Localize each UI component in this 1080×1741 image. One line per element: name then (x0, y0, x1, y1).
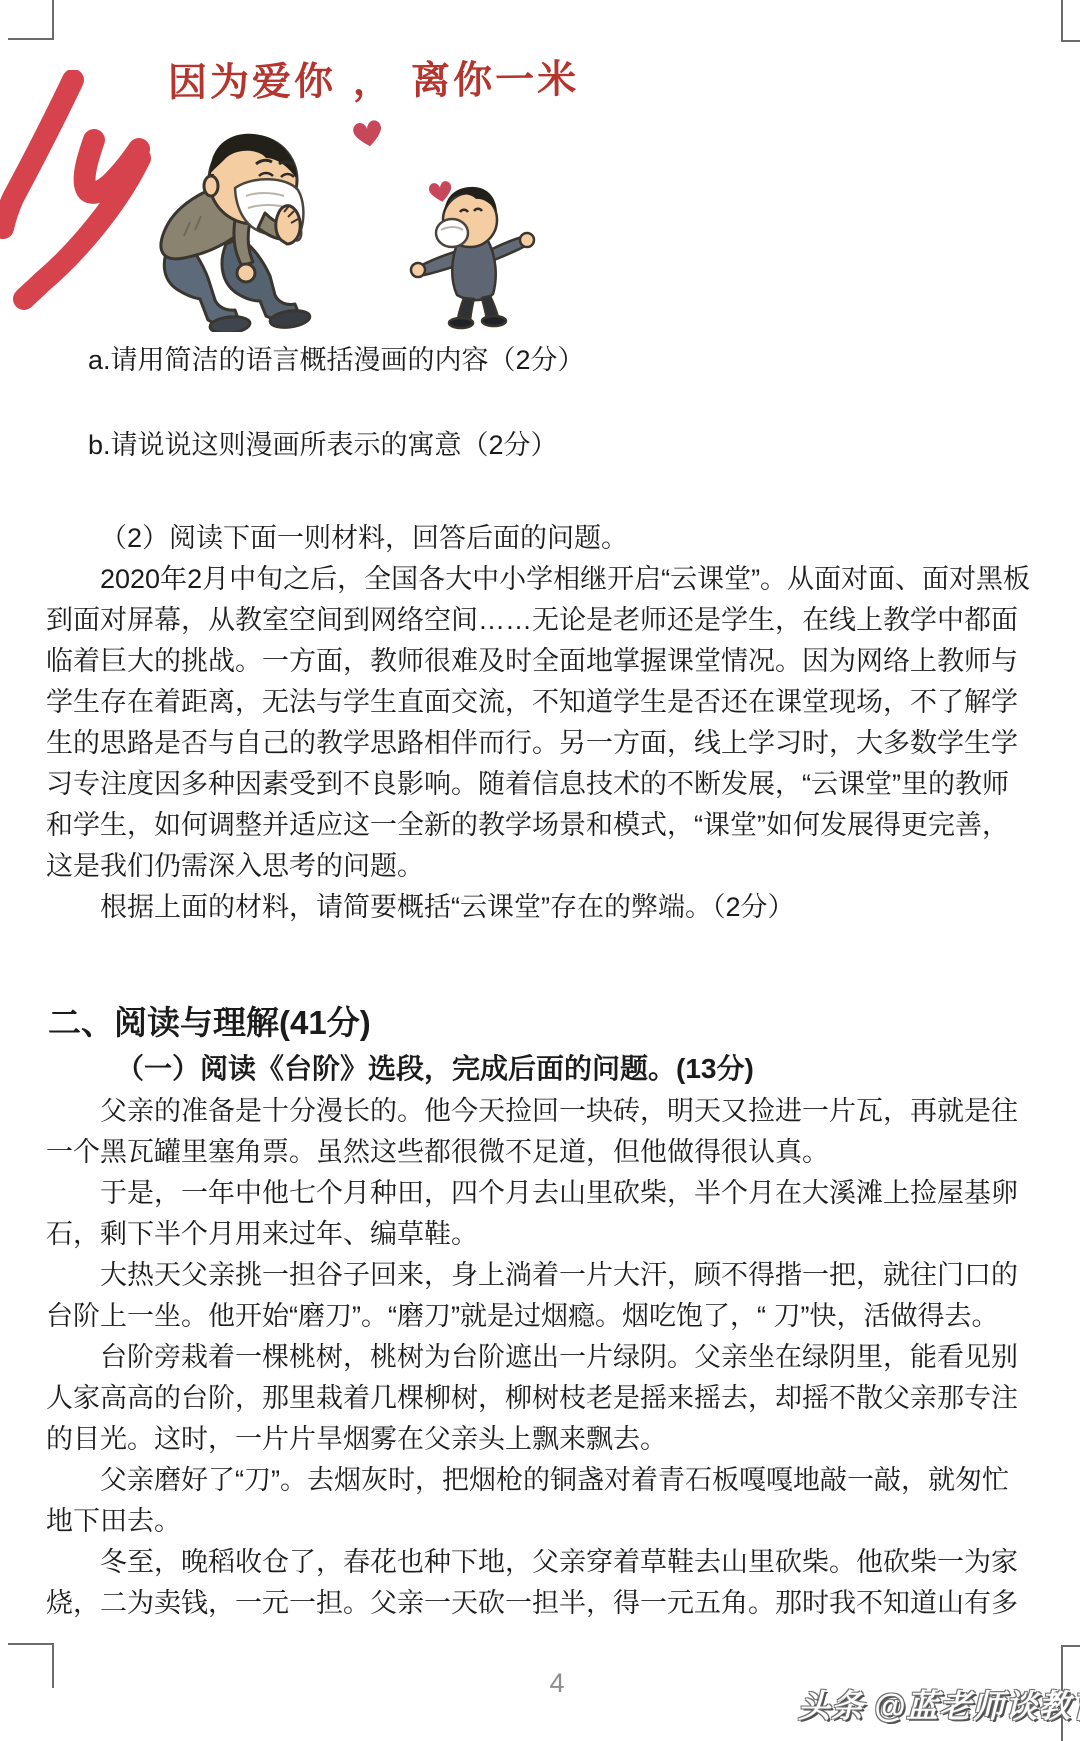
passage-subheading: （一）阅读《台阶》选段，完成后面的问题。(13分) (46, 1049, 754, 1089)
corner-mark-bottom-left (8, 1643, 54, 1688)
passage-line: 台阶上一坐。他开始“磨刀”。“磨刀”就是过烟瘾。烟吃饱了，“ 刀”快，活做得去。 (46, 1296, 1018, 1337)
passage-line: 的目光。这时，一片片旱烟雾在父亲头上飘来飘去。 (46, 1419, 1018, 1460)
passage-line: 石，剩下半个月用来过年、编草鞋。 (46, 1214, 1018, 1255)
page-number: 4 (527, 1668, 587, 1699)
material-line: 和学生，如何调整并适应这一全新的教学场景和模式，“课堂”如何发展得更完善， (46, 805, 1030, 846)
passage-line: 大热天父亲挑一担谷子回来，身上淌着一片大汗，顾不得揩一把，就往门口的 (46, 1255, 1018, 1296)
handwritten-grade-mark (0, 70, 152, 322)
material-line: 这是我们仍需深入思考的问题。 (46, 846, 1030, 887)
material-line: 生的思路是否与自己的教学思路相伴而行。另一方面，线上学习时，大多数学生学 (46, 723, 1030, 764)
material-line: 2020年2月中旬之后，全国各大中小学相继开启“云课堂”。从面对面、面对黑板 (46, 559, 1030, 600)
corner-mark-top-right (1061, 0, 1080, 42)
question-a: a.请用简洁的语言概括漫画的内容（2分） (88, 340, 585, 381)
material-line: 到面对屏幕，从教室空间到网络空间……无论是老师还是学生，在线上教学中都面 (46, 600, 1030, 641)
material-line: 学生存在着距离，无法与学生直面交流，不知道学生是否还在课堂现场，不了解学 (46, 682, 1030, 723)
heart-icon (352, 119, 453, 203)
passage-paragraph: 父亲的准备是十分漫长的。他今天捡回一块砖，明天又捡进一片瓦，再就是往 一个黑瓦罐… (46, 1091, 1018, 1624)
passage-line: 一个黑瓦罐里塞角票。虽然这些都很微不足道，但他做得很认真。 (46, 1132, 1018, 1173)
question-b: b.请说说这则漫画所表示的寓意（2分） (88, 425, 558, 466)
passage-line: 台阶旁栽着一棵桃树，桃树为台阶遮出一片绿阴。父亲坐在绿阴里，能看见别 (46, 1337, 1018, 1378)
passage-line: 人家高高的台阶，那里栽着几棵柳树，柳树枝老是摇来摇去，却摇不散父亲那专注 (46, 1378, 1018, 1419)
material-question: 根据上面的材料，请简要概括“云课堂”存在的弊端。（2分） (46, 887, 1030, 928)
material-paragraph: （2）阅读下面一则材料，回答后面的问题。 2020年2月中旬之后，全国各大中小学… (46, 518, 1030, 928)
passage-line: 于是，一年中他七个月种田，四个月去山里砍柴，半个月在大溪滩上捡屋基卵 (46, 1173, 1018, 1214)
passage-line: 父亲的准备是十分漫长的。他今天捡回一块砖，明天又捡进一片瓦，再就是往 (46, 1091, 1018, 1132)
child-figure (411, 187, 534, 328)
comic-illustration (138, 92, 598, 332)
section-heading: 二、阅读与理解(41分) (48, 1003, 371, 1043)
watermark: 头条 @蓝老师谈教育 (798, 1681, 1080, 1727)
corner-mark-top-left (8, 0, 54, 40)
passage-line: 冬至，晚稻收仓了，春花也种下地，父亲穿着草鞋去山里砍柴。他砍柴一为家 (46, 1542, 1018, 1583)
passage-line: 烧，二为卖钱，一元一担。父亲一天砍一担半，得一元五角。那时我不知道山有多 (46, 1583, 1018, 1624)
material-line: 习专注度因多种因素受到不良影响。随着信息技术的不断发展，“云课堂”里的教师 (46, 764, 1030, 805)
reading-intro: （2）阅读下面一则材料，回答后面的问题。 (46, 518, 1030, 559)
passage-line: 地下田去。 (46, 1501, 1018, 1542)
passage-line: 父亲磨好了“刀”。去烟灰时，把烟枪的铜盏对着青石板嘎嘎地敲一敲，就匆忙 (46, 1460, 1018, 1501)
material-line: 临着巨大的挑战。一方面，教师很难及时全面地掌握课堂情况。因为网络上教师与 (46, 641, 1030, 682)
adult-figure (161, 134, 311, 332)
exam-page: 因为爱你 ， 离你一米 (0, 0, 1080, 1741)
